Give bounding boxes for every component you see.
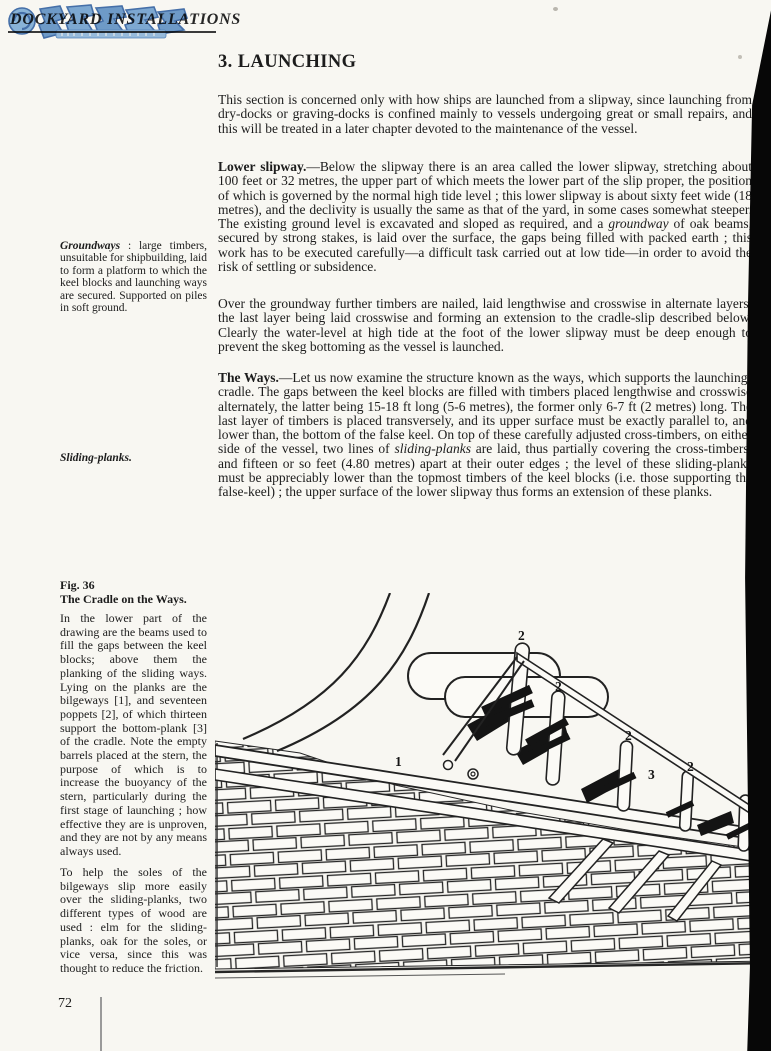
ring-bolt: [468, 769, 478, 779]
paragraph-the-ways: The Ways.—Let us now examine the structu…: [218, 371, 752, 500]
scan-speck: [553, 7, 558, 11]
figure-title: The Cradle on the Ways.: [60, 592, 187, 606]
hull-stern-curves: [243, 593, 429, 751]
label-poppet: 2: [555, 679, 562, 694]
figure-caption-paragraph-2: To help the soles of the bilgeways slip …: [60, 866, 207, 976]
label-bottom-plank: 3: [648, 767, 655, 782]
label-poppet: 2: [518, 628, 525, 643]
figure-number: Fig. 36: [60, 578, 95, 592]
paragraph-groundway-timbers: Over the groundway further timbers are n…: [218, 297, 752, 354]
watermark-stamp-icon: [4, 2, 194, 42]
page-number: 72: [58, 996, 72, 1012]
watermark-subtext-band: [56, 30, 166, 38]
figure-caption-paragraph-1: In the lower part of the drawing are the…: [60, 612, 207, 859]
label-poppet: 2: [687, 759, 694, 774]
section-title: 3. LAUNCHING: [218, 52, 356, 73]
paragraph-intro: This section is concerned only with how …: [218, 93, 752, 136]
figure-36-drawing: 1 2 2 2 2 3: [215, 593, 771, 985]
margin-note-sliding-planks: Sliding-planks.: [60, 452, 207, 464]
footer-tick-line: [100, 997, 102, 1051]
label-bilgeway: 1: [395, 754, 402, 769]
book-page: DOCKYARD INSTALLATIONS 3. LAUNCH: [0, 0, 771, 1051]
label-poppet: 2: [625, 728, 632, 743]
scan-speck: [738, 55, 742, 59]
margin-note-groundways: Groundways : large timbers, unsuitable f…: [60, 240, 207, 314]
paragraph-lower-slipway: Lower slipway.—Below the slipway there i…: [218, 160, 752, 274]
bolt-hole: [444, 761, 453, 770]
figure-caption-heading: Fig. 36 The Cradle on the Ways.: [60, 579, 207, 606]
